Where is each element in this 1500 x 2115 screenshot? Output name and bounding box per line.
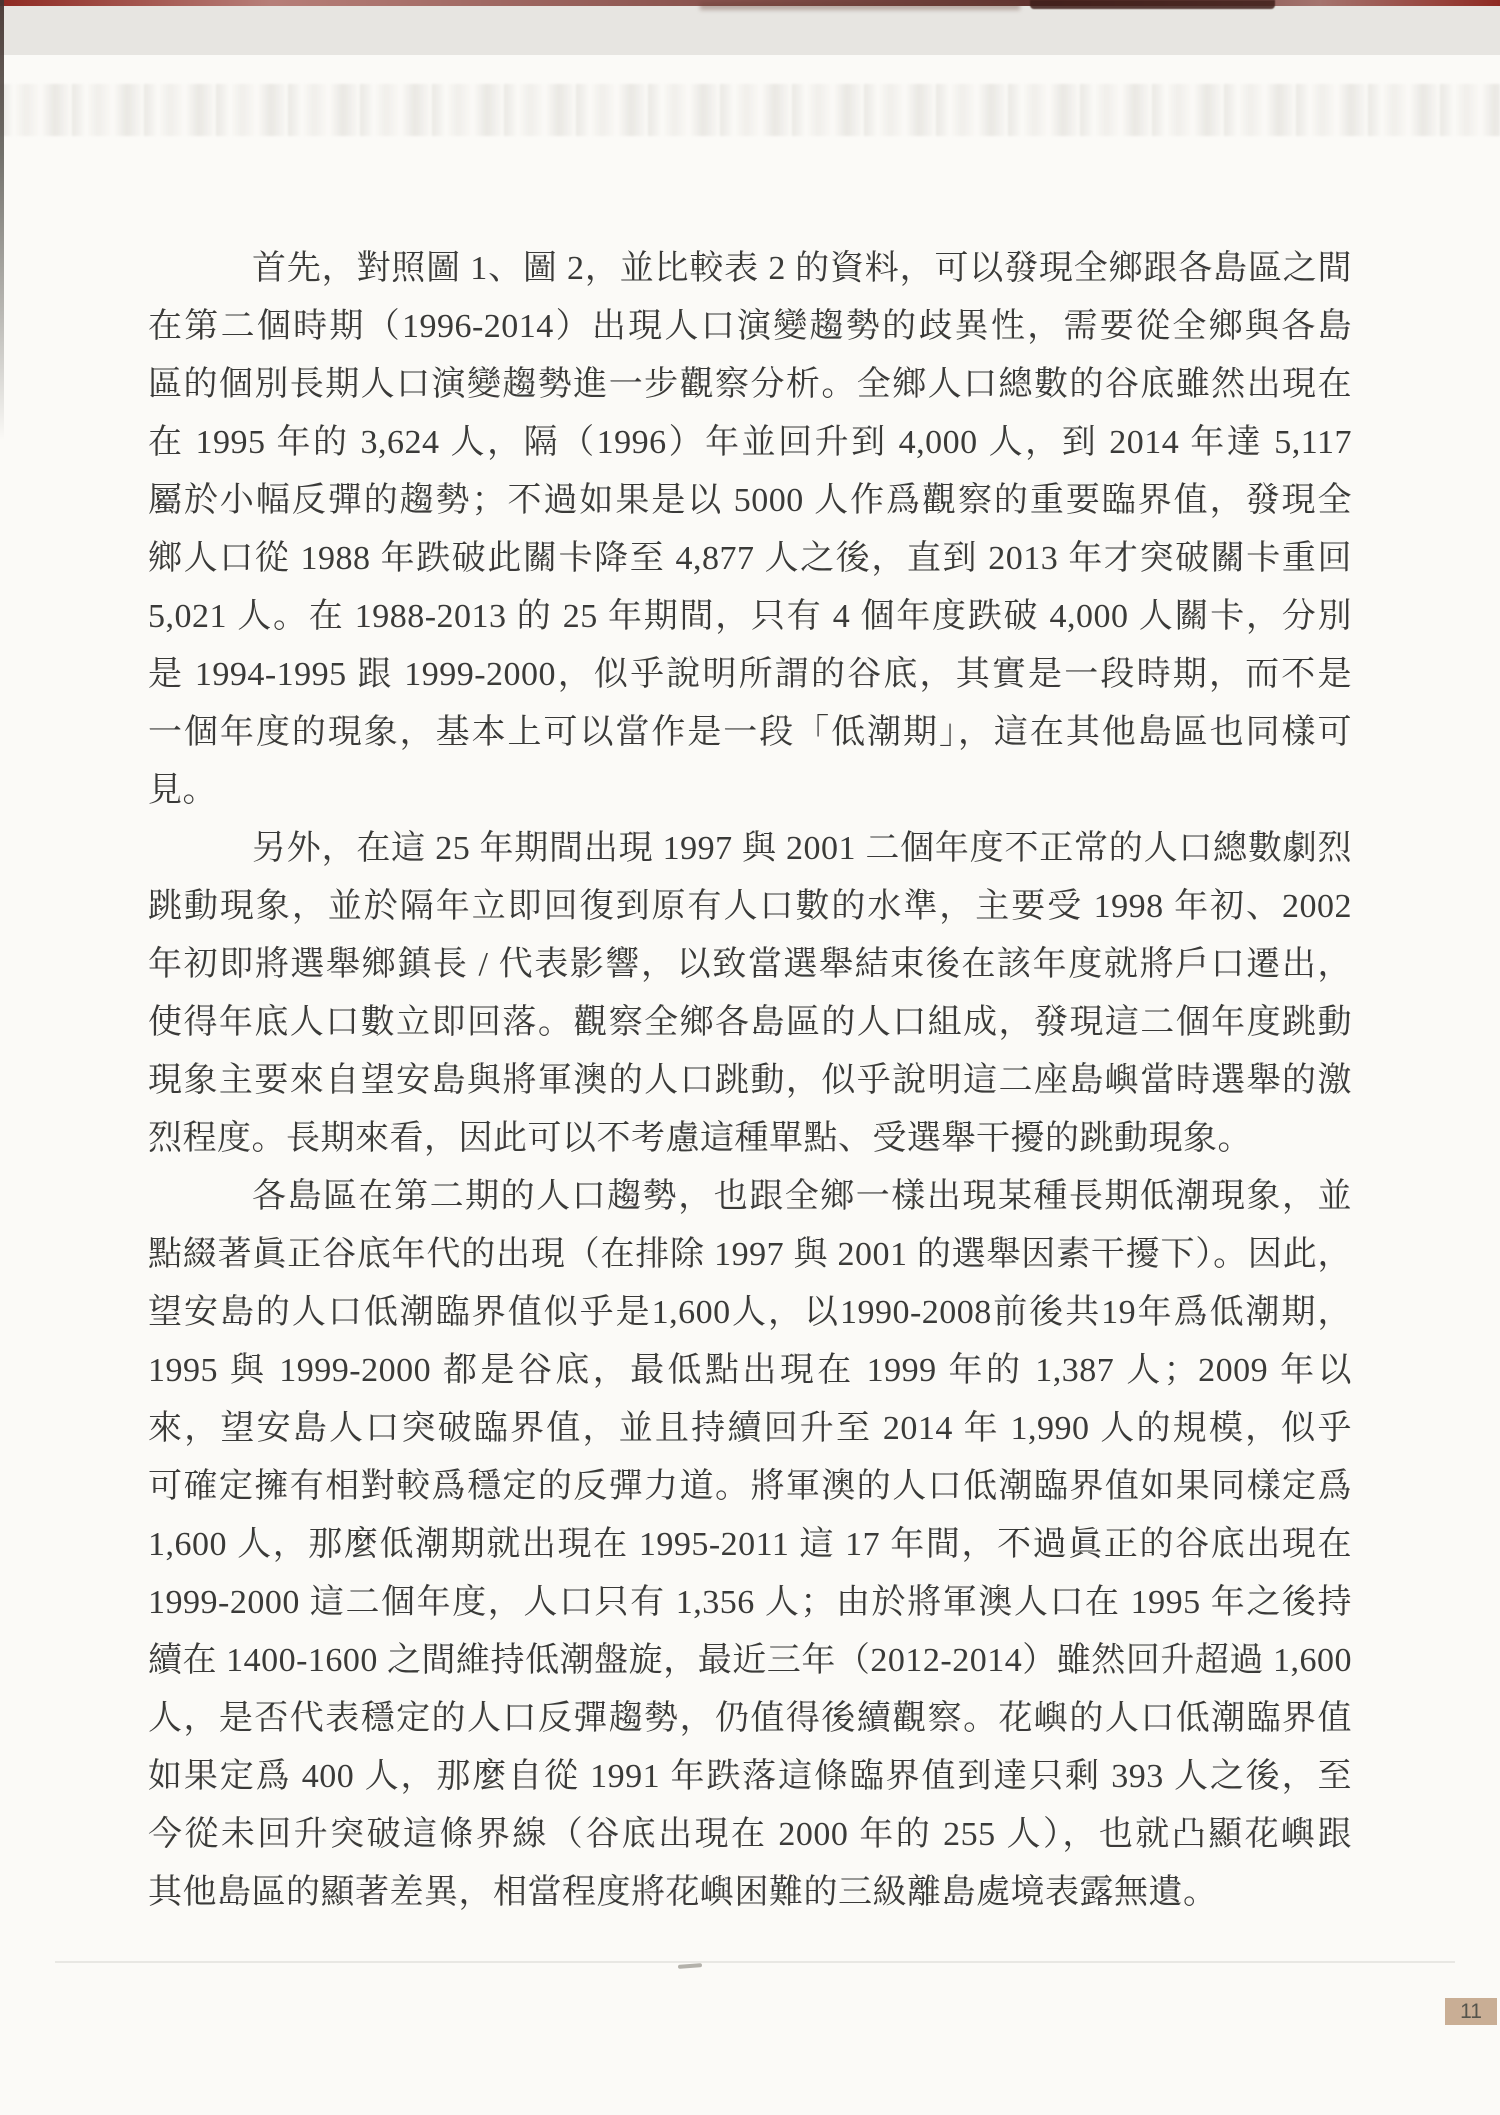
text-line: 點綴著眞正谷底年代的出現（在排除 1997 與 2001 的選舉因素干擾下）。因… bbox=[148, 1226, 1352, 1284]
page-number-badge: 11 bbox=[1445, 1998, 1497, 2025]
text-line: 續在 1400-1600 之間維持低潮盤旋，最近三年（2012-2014）雖然回… bbox=[148, 1632, 1352, 1690]
text-line: 屬於小幅反彈的趨勢；不過如果是以 5000 人作爲觀察的重要臨界值，發現全 bbox=[148, 472, 1352, 530]
text-line: 1999-2000 這二個年度，人口只有 1,356 人；由於將軍澳人口在 19… bbox=[148, 1574, 1352, 1632]
text-line: 在 1995 年的 3,624 人，隔（1996）年並回升到 4,000 人，到… bbox=[148, 414, 1352, 472]
text-line: 另外，在這 25 年期間出現 1997 與 2001 二個年度不正常的人口總數劇… bbox=[148, 820, 1352, 878]
text-line: 見。 bbox=[148, 762, 1352, 820]
text-line: 年初即將選舉鄉鎮長 / 代表影響，以致當選舉結束後在該年度就將戶口遷出， bbox=[148, 936, 1352, 994]
scan-shadow-band bbox=[0, 84, 1500, 136]
body-text: 首先，對照圖 1、圖 2，並比較表 2 的資料，可以發現全鄉跟各島區之間在第二個… bbox=[148, 240, 1352, 1922]
text-line: 今從未回升突破這條界線（谷底出現在 2000 年的 255 人），也就凸顯花嶼跟 bbox=[148, 1806, 1352, 1864]
text-line: 是 1994-1995 跟 1999-2000，似乎說明所謂的谷底，其實是一段時… bbox=[148, 646, 1352, 704]
text-line: 跳動現象，並於隔年立即回復到原有人口數的水準，主要受 1998 年初、2002 bbox=[148, 878, 1352, 936]
scan-smudge bbox=[700, 2, 1020, 10]
text-line: 首先，對照圖 1、圖 2，並比較表 2 的資料，可以發現全鄉跟各島區之間 bbox=[148, 240, 1352, 298]
text-line: 1,600 人，那麼低潮期就出現在 1995-2011 這 17 年間，不過眞正… bbox=[148, 1516, 1352, 1574]
text-line: 區的個別長期人口演變趨勢進一步觀察分析。全鄉人口總數的谷底雖然出現在 bbox=[148, 356, 1352, 414]
paragraph-3: 各島區在第二期的人口趨勢，也跟全鄉一樣出現某種長期低潮現象，並且點綴著眞正谷底年… bbox=[148, 1168, 1352, 1922]
text-line: 現象主要來自望安島與將軍澳的人口跳動，似乎說明這二座島嶼當時選舉的激 bbox=[148, 1052, 1352, 1110]
text-line: 可確定擁有相對較爲穩定的反彈力道。將軍澳的人口低潮臨界值如果同樣定爲 bbox=[148, 1458, 1352, 1516]
scan-bottom-line-artifact bbox=[55, 1961, 1455, 1963]
text-line: 望安島的人口低潮臨界值似乎是1,600人，以1990-2008前後共19年爲低潮… bbox=[148, 1284, 1352, 1342]
scan-left-edge-artifact bbox=[0, 0, 4, 440]
text-line: 人，是否代表穩定的人口反彈趨勢，仍值得後續觀察。花嶼的人口低潮臨界值 bbox=[148, 1690, 1352, 1748]
text-line: 各島區在第二期的人口趨勢，也跟全鄉一樣出現某種長期低潮現象，並且 bbox=[148, 1168, 1352, 1226]
scan-ink-blob bbox=[1030, 0, 1275, 9]
text-line: 使得年底人口數立即回落。觀察全鄉各島區的人口組成，發現這二個年度跳動 bbox=[148, 994, 1352, 1052]
text-line: 其他島區的顯著差異，相當程度將花嶼困難的三級離島處境表露無遺。 bbox=[148, 1864, 1352, 1922]
text-line: 如果定爲 400 人，那麼自從 1991 年跌落這條臨界值到達只剩 393 人之… bbox=[148, 1748, 1352, 1806]
scanned-document-page: 首先，對照圖 1、圖 2，並比較表 2 的資料，可以發現全鄉跟各島區之間在第二個… bbox=[0, 0, 1500, 2115]
scan-mark bbox=[678, 1963, 702, 1969]
text-line: 鄉人口從 1988 年跌破此關卡降至 4,877 人之後，直到 2013 年才突… bbox=[148, 530, 1352, 588]
text-line: 在第二個時期（1996-2014）出現人口演變趨勢的歧異性，需要從全鄉與各島 bbox=[148, 298, 1352, 356]
page-number: 11 bbox=[1460, 2000, 1482, 2024]
text-line: 烈程度。長期來看，因此可以不考慮這種單點、受選舉干擾的跳動現象。 bbox=[148, 1110, 1352, 1168]
paragraph-1: 首先，對照圖 1、圖 2，並比較表 2 的資料，可以發現全鄉跟各島區之間在第二個… bbox=[148, 240, 1352, 820]
text-line: 來，望安島人口突破臨界值，並且持續回升至 2014 年 1,990 人的規模，似… bbox=[148, 1400, 1352, 1458]
paragraph-2: 另外，在這 25 年期間出現 1997 與 2001 二個年度不正常的人口總數劇… bbox=[148, 820, 1352, 1168]
text-line: 5,021 人。在 1988-2013 的 25 年期間，只有 4 個年度跌破 … bbox=[148, 588, 1352, 646]
text-line: 一個年度的現象，基本上可以當作是一段「低潮期」，這在其他島區也同樣可 bbox=[148, 704, 1352, 762]
text-line: 1995 與 1999-2000 都是谷底，最低點出現在 1999 年的 1,3… bbox=[148, 1342, 1352, 1400]
